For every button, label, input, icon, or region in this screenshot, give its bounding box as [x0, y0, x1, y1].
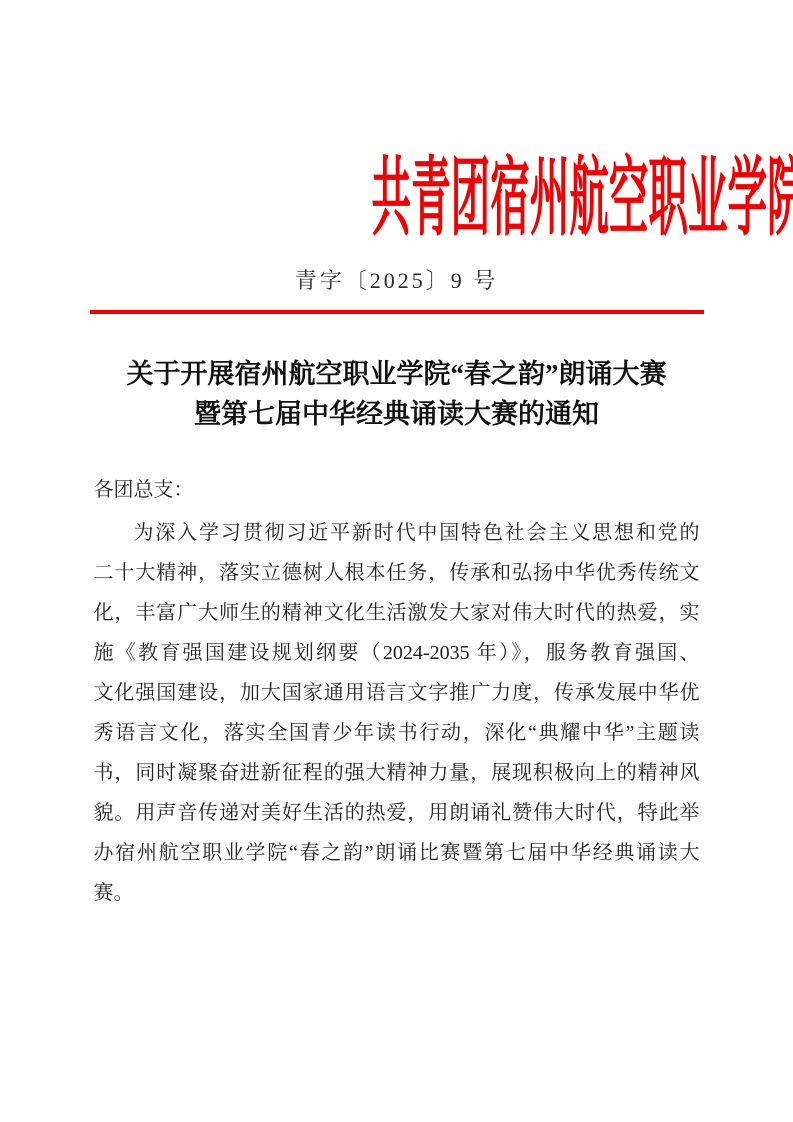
- body-line: 为深入学习贯彻习近平新时代中国特色社会主义思想和党的: [94, 513, 700, 553]
- body-line: 貌。用声音传递对美好生活的热爱，用朗诵礼赞伟大时代，特此举: [94, 793, 700, 833]
- body-line: 秀语言文化，落实全国青少年读书行动，深化“典耀中华”主题读: [94, 713, 700, 753]
- letterhead-divider-rule: [90, 310, 704, 314]
- notice-title-line-1: 关于开展宿州航空职业学院“春之韵”朗诵大赛: [0, 354, 793, 394]
- notice-title: 关于开展宿州航空职业学院“春之韵”朗诵大赛 暨第七届中华经典诵读大赛的通知: [0, 354, 793, 434]
- salutation: 各团总支：: [94, 470, 700, 510]
- letterhead: 共青团宿州航空职业学院委员会文件: [0, 148, 793, 248]
- body-line: 施《教育强国建设规划纲要（2024-2035 年）》，服务教育强国、: [94, 633, 700, 673]
- body-line: 赛。: [94, 873, 700, 913]
- notice-body: 各团总支： 为深入学习贯彻习近平新时代中国特色社会主义思想和党的 二十大精神，落…: [94, 470, 700, 913]
- paragraph: 为深入学习贯彻习近平新时代中国特色社会主义思想和党的 二十大精神，落实立德树人根…: [94, 513, 700, 913]
- body-line: 二十大精神，落实立德树人根本任务，传承和弘扬中华优秀传统文: [94, 553, 700, 593]
- notice-title-line-2: 暨第七届中华经典诵读大赛的通知: [0, 394, 793, 434]
- document-page: 共青团宿州航空职业学院委员会文件 青字〔2025〕9 号 关于开展宿州航空职业学…: [0, 0, 793, 1122]
- letterhead-org-title: 共青团宿州航空职业学院委员会文件: [372, 148, 793, 248]
- doc-number: 青字〔2025〕9 号: [0, 268, 793, 294]
- body-line: 书，同时凝聚奋进新征程的强大精神力量，展现积极向上的精神风: [94, 753, 700, 793]
- body-line: 办宿州航空职业学院“春之韵”朗诵比赛暨第七届中华经典诵读大: [94, 833, 700, 873]
- body-line: 化，丰富广大师生的精神文化生活激发大家对伟大时代的热爱，实: [94, 593, 700, 633]
- body-line: 文化强国建设，加大国家通用语言文字推广力度，传承发展中华优: [94, 673, 700, 713]
